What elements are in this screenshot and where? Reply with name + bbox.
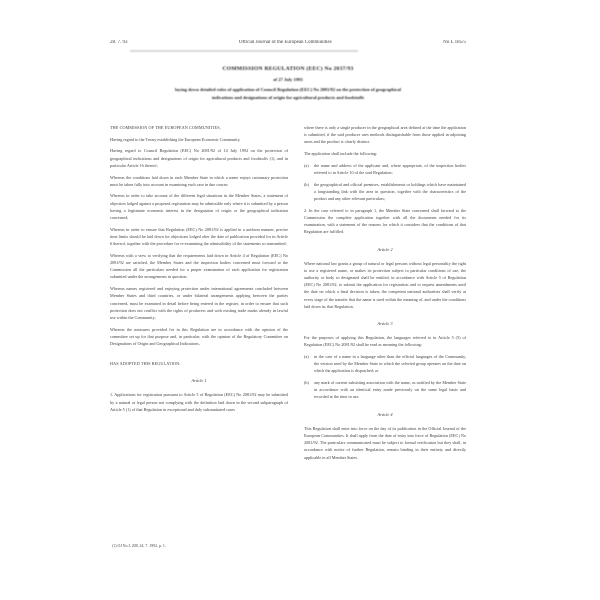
- body-columns: THE COMMISSION OF THE EUROPEAN COMMUNITI…: [110, 124, 466, 465]
- recital-paragraph: Whereas with a view to verifying that th…: [110, 252, 288, 281]
- list-marker: (a): [304, 162, 309, 169]
- article-1-paragraph: 1. Applications for registration pursuan…: [110, 391, 288, 413]
- list-marker: (b): [304, 181, 309, 188]
- article-2-paragraph: Where national law grants a group of nat…: [304, 260, 466, 310]
- citation-paragraph: Having regard to Council Regulation (EEC…: [110, 147, 288, 169]
- intro-line: The application shall include the follow…: [304, 150, 466, 157]
- preamble-opening: THE COMMISSION OF THE EUROPEAN COMMUNITI…: [110, 124, 288, 131]
- list-item: (a) in the case of a name in a language …: [304, 353, 466, 375]
- header-date: 28. 7. 93: [110, 40, 128, 45]
- regulation-subject: laying down detailed rules of applicatio…: [170, 86, 406, 101]
- citation-paragraph: Having regard to the Treaty establishing…: [110, 136, 288, 143]
- page-running-header: 28. 7. 93 Official Journal of the Europe…: [110, 40, 466, 45]
- article-1-continued-paragraph: where there is only a single producer in…: [304, 124, 466, 146]
- recital-paragraph: Whereas in order to ensure that Regulati…: [110, 226, 288, 248]
- header-journal-title: Official Journal of the European Communi…: [239, 40, 332, 45]
- enacting-formula: HAS ADOPTED THIS REGULATION:: [110, 360, 288, 367]
- article-3-paragraph: For the purposes of applying this Regula…: [304, 334, 466, 348]
- left-column: THE COMMISSION OF THE EUROPEAN COMMUNITI…: [110, 124, 288, 465]
- recital-paragraph: Whereas the conditions laid down in each…: [110, 174, 288, 188]
- recital-paragraph: Whereas names registered and enjoying pr…: [110, 285, 288, 321]
- footnote: (1) OJ No L 208, 24. 7. 1992, p. 1.: [112, 544, 166, 548]
- title-block: COMMISSION REGULATION (EEC) No 2037/93 o…: [110, 66, 466, 101]
- numbered-paragraph: 2. In the case referred to in paragraph …: [304, 207, 466, 236]
- header-issue-number: No L 185/5: [443, 40, 466, 45]
- list-marker: (a): [304, 353, 309, 360]
- list-marker: (b): [304, 379, 309, 386]
- list-item: (b) any mark of current subsisting assoc…: [304, 379, 466, 401]
- right-column: where there is only a single producer in…: [304, 124, 466, 465]
- article-2-heading: Article 2: [304, 247, 466, 252]
- regulation-date-line: of 27 July 1993: [110, 77, 466, 82]
- header-rule: [130, 50, 358, 52]
- recital-paragraph: Whereas in order to take account of the …: [110, 192, 288, 221]
- article-3-heading: Article 3: [304, 321, 466, 326]
- recital-paragraph: Whereas the measures provided for in thi…: [110, 326, 288, 348]
- article-1-heading: Article 1: [110, 378, 288, 383]
- list-item: (a) the name and address of the applican…: [304, 162, 466, 176]
- regulation-title: COMMISSION REGULATION (EEC) No 2037/93: [110, 66, 466, 72]
- list-item: (b) the geographical and official premis…: [304, 181, 466, 203]
- scanned-document-page: 28. 7. 93 Official Journal of the Europe…: [0, 0, 600, 600]
- article-4-heading: Article 4: [304, 412, 466, 417]
- article-4-paragraph: This Regulation shall enter into force o…: [304, 425, 466, 461]
